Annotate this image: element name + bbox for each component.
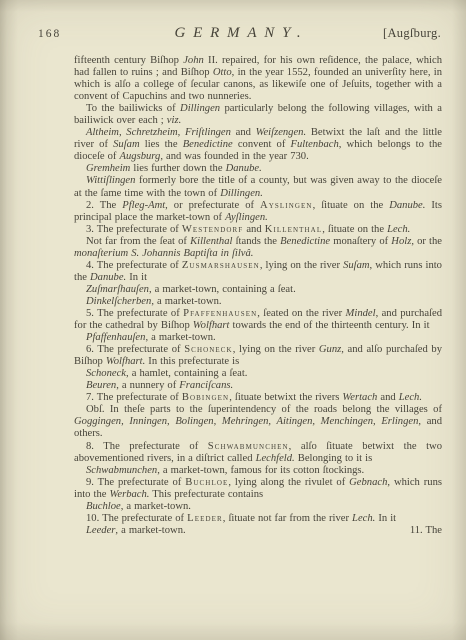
italic-text: Pfleg-Amt xyxy=(122,200,165,211)
text: , ſituate not far from the river xyxy=(223,513,352,524)
italic-text: Mindel xyxy=(346,308,376,319)
text: , a market-town. xyxy=(151,296,221,307)
italic-text: Lech. xyxy=(352,513,375,524)
text: , or the xyxy=(411,236,442,247)
paragraph: Schwabmunchen, a market-town, famous for… xyxy=(74,465,442,477)
italic-text: Goggingen, Inningen, Bolingen, Mehringen… xyxy=(74,416,418,427)
text: , ſituate betwixt the rivers xyxy=(229,392,342,403)
italic-text: Holz xyxy=(391,236,411,247)
text: towards the end of the thirteenth centur… xyxy=(230,320,430,331)
paragraph: 8. The prefecturate of Schwabmunchen, al… xyxy=(74,441,442,465)
text: , ſeated on the river xyxy=(257,308,345,319)
text: lies the xyxy=(140,139,183,150)
italic-text: Gremheim xyxy=(86,163,130,174)
text: , a market-town. xyxy=(145,332,215,343)
paragraph: Not far from the ſeat of Killenthal ſtan… xyxy=(74,236,442,260)
text: To the bailiwicks of xyxy=(86,103,180,114)
paragraph: To the bailiwicks of Dillingen particula… xyxy=(74,103,442,127)
text: , a nunnery of xyxy=(116,380,179,391)
italic-text: Gunz xyxy=(319,344,341,355)
text: 10. The prefecturate of xyxy=(86,513,187,524)
text: , a hamlet, containing a ſeat. xyxy=(126,368,247,379)
text: , and was founded in the year 730. xyxy=(160,151,308,162)
italic-text: Dinkelſcherben xyxy=(86,296,151,307)
text: , a market-town, containing a ſeat. xyxy=(149,284,296,295)
paragraph: 10. The prefecturate of Leeder, ſituate … xyxy=(74,513,442,525)
italic-text: Danube. xyxy=(226,163,262,174)
italic-text: Altheim, Schretzheim, Friſtlingen xyxy=(86,127,231,138)
italic-text: Leeder xyxy=(86,525,115,536)
paragraph: fifteenth century Biſhop John II. repair… xyxy=(74,55,442,103)
text: 4. The prefecturate of xyxy=(86,260,182,271)
text: fifteenth century Biſhop xyxy=(74,55,183,66)
text: and xyxy=(231,127,256,138)
paragraph: Gremheim lies further down the Danube. xyxy=(74,163,442,175)
italic-text: Suſam xyxy=(113,139,139,150)
text: 6. The prefecturate of xyxy=(86,344,184,355)
text: , a market-town. xyxy=(115,525,185,536)
italic-text: Suſam xyxy=(343,260,369,271)
paragraph: Altheim, Schretzheim, Friſtlingen and We… xyxy=(74,127,442,163)
smallcaps-text: Zusmarshausen xyxy=(182,260,260,271)
italic-text: Franciſcans. xyxy=(179,380,233,391)
text: , lying along the rivulet of xyxy=(228,477,349,488)
text: 7. The prefecturate of xyxy=(86,392,182,403)
book-page: 168 GERMANY. [Augſburg. fifteenth centur… xyxy=(0,0,466,640)
text: convent of xyxy=(233,139,291,150)
italic-text: Lech. xyxy=(387,224,410,235)
page-number: 168 xyxy=(38,28,61,40)
text: , a market-town, famous for its cotton ſ… xyxy=(157,465,364,476)
text: ſtands the xyxy=(232,236,280,247)
text: In this prefecturate is xyxy=(145,356,239,367)
text: , lying on the river xyxy=(260,260,343,271)
smallcaps-text: Schwabmunchen xyxy=(208,441,289,452)
italic-text: Danube. xyxy=(389,200,425,211)
italic-text: Lechfeld. xyxy=(256,453,295,464)
smallcaps-text: Leeder xyxy=(187,513,223,524)
text: 5. The prefecturate of xyxy=(86,308,183,319)
paragraph: 3. The prefecturate of Westendorf and Ki… xyxy=(74,224,442,236)
text: and xyxy=(243,224,264,235)
text: , ſituate on the xyxy=(313,200,390,211)
smallcaps-text: Killenthal xyxy=(265,224,323,235)
smallcaps-text: Bobingen xyxy=(182,392,229,403)
italic-text: Buchloe xyxy=(86,501,121,512)
italic-text: monaſterium S. Johannis Baptiſta in ſilv… xyxy=(74,248,253,259)
text: monaſtery of xyxy=(330,236,391,247)
italic-text: Fultenbach xyxy=(291,139,339,150)
smallcaps-text: Schoneck xyxy=(184,344,233,355)
page-header: 168 GERMANY. [Augſburg. xyxy=(0,0,466,42)
smallcaps-text: Buchloe xyxy=(185,477,228,488)
paragraph: Obſ. In theſe parts to the ſuperintenden… xyxy=(74,404,442,440)
text: 2. The xyxy=(86,200,122,211)
text: 9. The prefecturate of xyxy=(86,477,185,488)
paragraph: 7. The prefecturate of Bobingen, ſituate… xyxy=(74,392,442,404)
smallcaps-text: Ayslingen xyxy=(260,200,313,211)
italic-text: Benedictine xyxy=(183,139,233,150)
text: lies further down the xyxy=(130,163,225,174)
italic-text: Schoneck xyxy=(86,368,126,379)
italic-text: viz. xyxy=(167,115,181,126)
italic-text: Wertach xyxy=(342,392,377,403)
italic-text: John xyxy=(183,55,204,66)
italic-text: Beuren xyxy=(86,380,116,391)
paragraph: 6. The prefecturate of Schoneck, lying o… xyxy=(74,344,442,368)
text: , lying on the river xyxy=(233,344,319,355)
italic-text: Zuſmarſhauſen xyxy=(86,284,149,295)
paragraph: 2. The Pfleg-Amt, or prefecturate of Ays… xyxy=(74,200,442,224)
text: 3. The prefecturate of xyxy=(86,224,182,235)
italic-text: Dillingen xyxy=(180,103,220,114)
text: Obſ. In theſe parts to the ſuperintenden… xyxy=(86,404,442,415)
text-block: fifteenth century Biſhop John II. repair… xyxy=(74,55,442,537)
italic-text: Killenthal xyxy=(190,236,232,247)
smallcaps-text: Pfaffenhausen xyxy=(183,308,257,319)
smallcaps-text: Westendorf xyxy=(182,224,243,235)
text: In it xyxy=(375,513,396,524)
italic-text: Danube. xyxy=(90,272,126,283)
paragraph: Wittiſlingen formerly bore the title of … xyxy=(74,175,442,199)
paragraph: 9. The prefecturate of Buchloe, lying al… xyxy=(74,477,442,501)
text: This prefecturate contains xyxy=(149,489,263,500)
text: Not far from the ſeat of xyxy=(86,236,190,247)
italic-text: Ayſlingen. xyxy=(225,212,268,223)
text: 8. The prefecturate of xyxy=(86,441,208,452)
italic-text: Wolfhart xyxy=(193,320,230,331)
italic-text: Wittiſlingen xyxy=(86,175,135,186)
paragraph: 5. The prefecturate of Pfaffenhausen, ſe… xyxy=(74,308,442,332)
paragraph: Dinkelſcherben, a market-town. xyxy=(74,296,442,308)
italic-text: Werbach. xyxy=(110,489,150,500)
italic-text: Schwabmunchen xyxy=(86,465,157,476)
paragraph: Pfaffenhauſen, a market-town. xyxy=(74,332,442,344)
italic-text: Otto xyxy=(213,67,232,78)
italic-text: Augsburg xyxy=(120,151,161,162)
paragraph: Beuren, a nunnery of Franciſcans. xyxy=(74,380,442,392)
text: and xyxy=(377,392,398,403)
italic-text: Lech. xyxy=(399,392,422,403)
paragraph: Schoneck, a hamlet, containing a ſeat. xyxy=(74,368,442,380)
italic-text: Weiſzengen. xyxy=(256,127,307,138)
text: In it xyxy=(126,272,147,283)
text: , a market-town. xyxy=(121,501,191,512)
italic-text: Gebnach xyxy=(349,477,387,488)
italic-text: Benedictine xyxy=(280,236,330,247)
section-label: [Augſburg. xyxy=(383,26,441,41)
text: , or prefecturate of xyxy=(165,200,260,211)
paragraph: Buchloe, a market-town. xyxy=(74,501,442,513)
catchword: 11. The xyxy=(398,525,442,537)
paragraph: Zuſmarſhauſen, a market-town, containing… xyxy=(74,284,442,296)
italic-text: Pfaffenhauſen xyxy=(86,332,145,343)
paragraph: 4. The prefecturate of Zusmarshausen, ly… xyxy=(74,260,442,284)
text: , ſituate on the xyxy=(322,224,387,235)
paragraph: 11. TheLeeder, a market-town. xyxy=(74,525,442,537)
italic-text: Wolfhart. xyxy=(106,356,145,367)
running-title: GERMANY. xyxy=(171,25,309,42)
text: Belonging to it is xyxy=(295,453,373,464)
italic-text: Dillingen. xyxy=(220,188,263,199)
